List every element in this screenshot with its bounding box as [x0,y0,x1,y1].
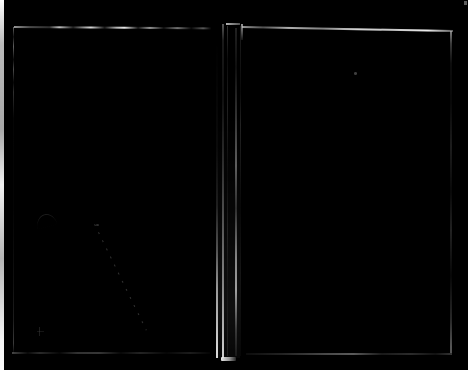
left-page-arc-scratch [35,212,58,229]
left-page-top-edge [14,26,211,29]
gutter-streak [222,24,224,358]
gutter-streak [235,28,237,356]
left-page-left-edge [13,27,14,353]
book-scan [0,0,468,370]
right-page-speck [354,72,357,75]
gutter-streak [227,26,228,356]
left-page-corner-speck [37,331,44,332]
right-page-right-edge [450,31,452,353]
gutter-top-highlight [226,23,240,25]
right-page-top-edge [242,26,453,32]
gutter-bottom-highlight [221,357,236,361]
frame-corner-speck [464,1,467,5]
left-page-bottom-edge [12,352,210,354]
scanner-edge-strip [0,0,4,370]
right-page-bottom-edge [246,353,452,355]
book-spine-gutter [214,0,244,370]
gutter-streak [240,26,241,356]
right-page-top-left-corner [241,24,243,40]
left-page-speck [96,224,99,226]
gutter-streak [216,40,218,358]
left-page-diagonal-scratch [94,224,147,330]
